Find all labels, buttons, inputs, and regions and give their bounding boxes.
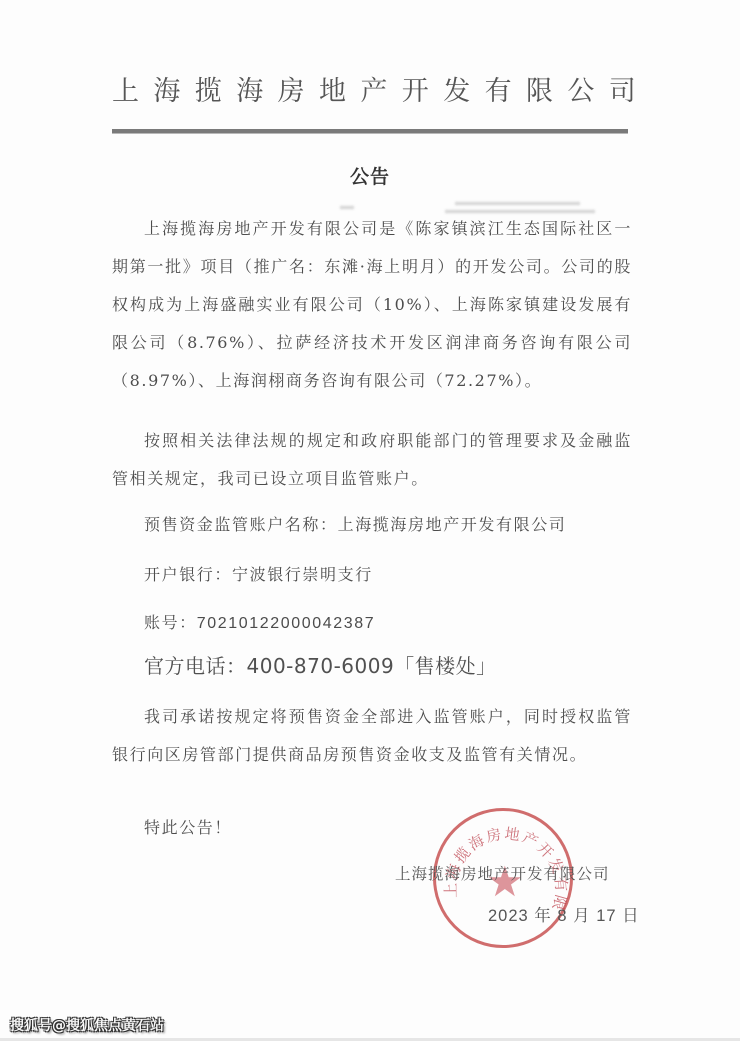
account-number-line: 账号：70210122000042387 bbox=[144, 610, 375, 633]
notice-title: 公告 bbox=[0, 162, 740, 189]
official-phone-line: 官方电话：400-870-6009「售楼处」 bbox=[144, 650, 497, 679]
paragraph-commitment: 我司承诺按规定将预售资金全部进入监管账户，同时授权监管银行向区房管部门提供商品房… bbox=[112, 698, 632, 774]
source-watermark: 搜狐号@搜狐焦点黄石站 bbox=[10, 1015, 164, 1035]
paragraph-ownership: 上海揽海房地产开发有限公司是《陈家镇滨江生态国际社区一期第一批》项目（推广名：东… bbox=[112, 210, 632, 400]
closing-line: 特此公告！ bbox=[144, 815, 232, 838]
signature-date: 2023 年 8 月 17 日 bbox=[488, 902, 640, 926]
account-name-line: 预售资金监管账户名称：上海揽海房地产开发有限公司 bbox=[144, 512, 566, 535]
redacted-blur bbox=[340, 206, 354, 209]
paragraph-regulation: 按照相关法律法规的规定和政府职能部门的管理要求及金融监管相关规定，我司已设立项目… bbox=[112, 422, 632, 498]
company-letterhead: 上海揽海房地产开发有限公司 bbox=[112, 72, 628, 112]
signature-company: 上海揽海房地产开发有限公司 bbox=[395, 862, 610, 884]
letterhead-divider bbox=[112, 129, 628, 134]
redacted-blur bbox=[455, 202, 580, 205]
bank-line: 开户银行：宁波银行崇明支行 bbox=[144, 562, 373, 585]
notice-document: 上海揽海房地产开发有限公司 公告 上海揽海房地产开发有限公司是《陈家镇滨江生态国… bbox=[0, 0, 740, 1041]
